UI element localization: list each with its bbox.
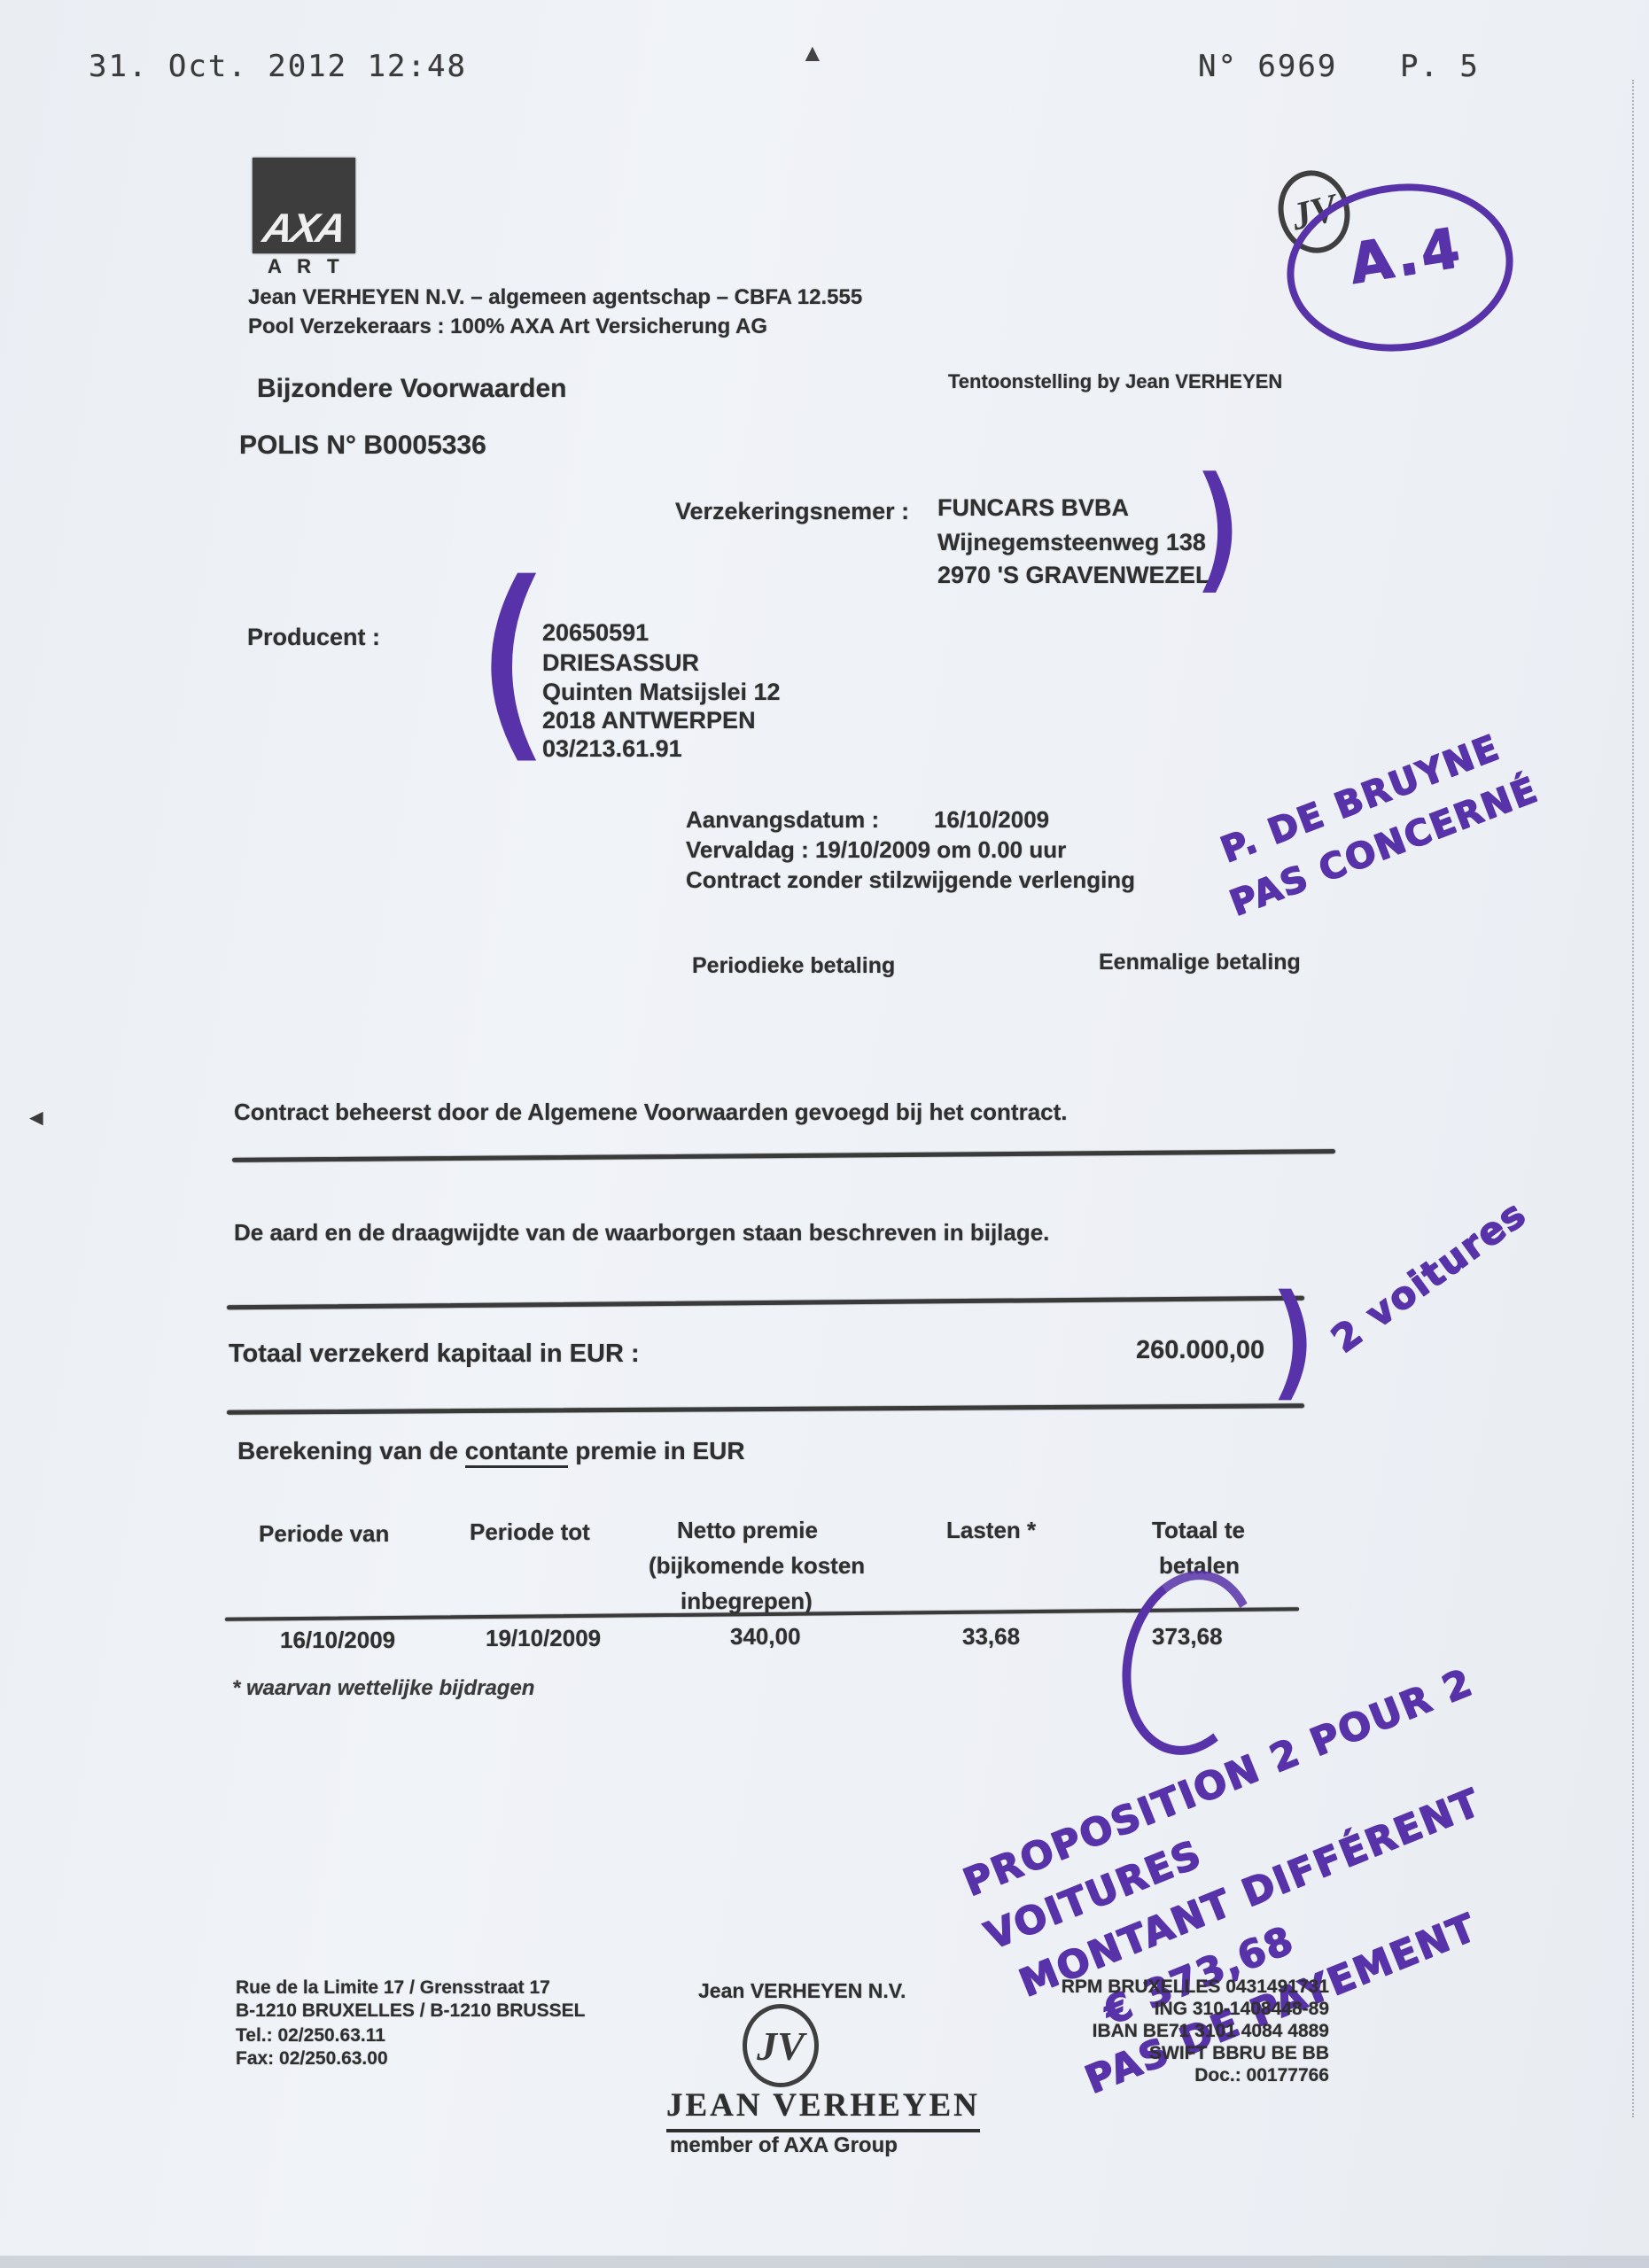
footer-company-name: Jean VERHEYEN N.V. [698,1979,906,2003]
axa-art-label: A R T [268,255,345,278]
table-cell-net-premium: 340,00 [730,1623,801,1651]
footer-bank-block: RPM BRUXELLES 0431491731 ING 310-1408448… [922,1976,1329,2086]
table-header-period-from: Periode van [259,1520,389,1548]
producer-label: Producent : [247,624,380,651]
footer-ing: ING 310-1408448-89 [922,1998,1329,2020]
policyholder-name: FUNCARS BVBA [937,494,1129,522]
divider-rule-1 [232,1149,1335,1162]
handwritten-note-top: P. DE BRUYNE PAS CONCERNÉ [1203,714,1546,930]
producer-number: 20650591 [542,619,649,647]
footer-fax: Fax: 02/250.63.00 [236,2048,388,2070]
scan-edge-line [1632,80,1634,2117]
guarantees-clause: De aard en de draagwijdte van de waarbor… [234,1219,1049,1247]
producer-phone: 03/213.61.91 [542,735,682,763]
policyholder-city: 2970 'S GRAVENWEZEL [937,562,1210,589]
footer-address-line2: B-1210 BRUXELLES / B-1210 BRUSSEL [236,2000,585,2022]
periodic-payment-label: Periodieke betaling [692,953,895,979]
total-capital-value: 260.000,00 [1136,1336,1264,1365]
premium-title-underlined: contante [465,1437,569,1468]
table-header-net-premium: Netto premie [677,1517,818,1544]
policy-number: POLIS N° B0005336 [239,431,486,461]
policyholder-street: Wijnegemsteenweg 138 [937,529,1206,556]
table-cell-period-to: 19/10/2009 [486,1625,601,1652]
single-payment-label: Eenmalige betaling [1099,950,1301,975]
exhibition-note: Tentoonstelling by Jean VERHEYEN [948,370,1282,393]
table-header-net-premium-2: (bijkomende kosten [649,1552,865,1580]
scan-bottom-edge [0,2256,1649,2268]
table-header-charges: Lasten * [946,1517,1036,1544]
footer-swift: SWIFT BBRU BE BB [922,2042,1329,2064]
axa-logo-text: AXA [260,207,348,253]
producer-city: 2018 ANTWERPEN [542,707,756,734]
footer-jv-monogram: JV [757,2023,805,2070]
table-cell-period-from: 16/10/2009 [280,1627,395,1654]
start-date-value: 16/10/2009 [934,806,1049,834]
total-ink-bracket: ) [1274,1282,1313,1401]
policyholder-label: Verzekeringsnemer : [675,498,909,525]
contract-clause: Contract beheerst door de Algemene Voorw… [234,1099,1068,1126]
fax-doc-number: N° 6969 [1198,49,1337,84]
handwritten-two-cars: 2 voitures [1324,1192,1535,1362]
producer-street: Quinten Matsijslei 12 [542,679,781,706]
renewal-line: Contract zonder stilzwijgende verlenging [686,866,1135,894]
table-header-total-due: Totaal te [1152,1517,1245,1544]
fax-page-number: P. 5 [1400,49,1480,84]
premium-title-prefix: Berekening van de [237,1437,465,1464]
document-title: Bijzondere Voorwaarden [257,374,567,404]
agency-line-2: Pool Verzekeraars : 100% AXA Art Versich… [248,315,767,339]
producer-ink-bracket: ( [478,558,546,763]
table-cell-charges: 33,68 [962,1623,1020,1651]
left-margin-marker-icon: ◄ [25,1104,48,1131]
divider-rule-3 [227,1403,1304,1414]
start-date-label: Aanvangsdatum : [686,806,879,834]
footer-phone: Tel.: 02/250.63.11 [236,2025,385,2047]
footer-address-line1: Rue de la Limite 17 / Grensstraat 17 [236,1977,550,1999]
table-header-net-premium-3: inbegrepen) [681,1588,813,1615]
divider-rule-2 [227,1296,1304,1310]
table-header-period-to: Periode tot [470,1518,590,1546]
footer-tagline: member of AXA Group [670,2133,898,2158]
footer-doc-number: Doc.: 00177766 [922,2064,1329,2086]
axa-logo: AXA [253,158,355,253]
agency-line-1: Jean VERHEYEN N.V. – algemeen agentschap… [248,285,862,310]
table-footnote: * waarvan wettelijke bijdragen [232,1676,534,1701]
footer-rpm: RPM BRUXELLES 0431491731 [922,1976,1329,1998]
footer-iban: IBAN BE71 3101 4084 4889 [922,2020,1329,2042]
premium-title-suffix: premie in EUR [568,1437,744,1464]
footer-brand-name: JEAN VERHEYEN [666,2086,980,2132]
policyholder-ink-bracket: ) [1198,462,1239,593]
premium-title: Berekening van de contante premie in EUR [237,1437,745,1465]
scanned-fax-document: 31. Oct. 2012 12:48 ▲ N° 6969 P. 5 AXA A… [0,0,1649,2268]
fax-datetime: 31. Oct. 2012 12:48 [89,49,467,84]
producer-name: DRIESASSUR [542,649,699,677]
total-due-ink-circle [1106,1558,1274,1768]
total-capital-label: Totaal verzekerd kapitaal in EUR : [229,1340,640,1369]
expiry-line: Vervaldag : 19/10/2009 om 0.00 uur [686,836,1066,864]
page-up-marker-icon: ▲ [800,39,825,67]
footer-jv-logo: JV [743,2004,819,2087]
